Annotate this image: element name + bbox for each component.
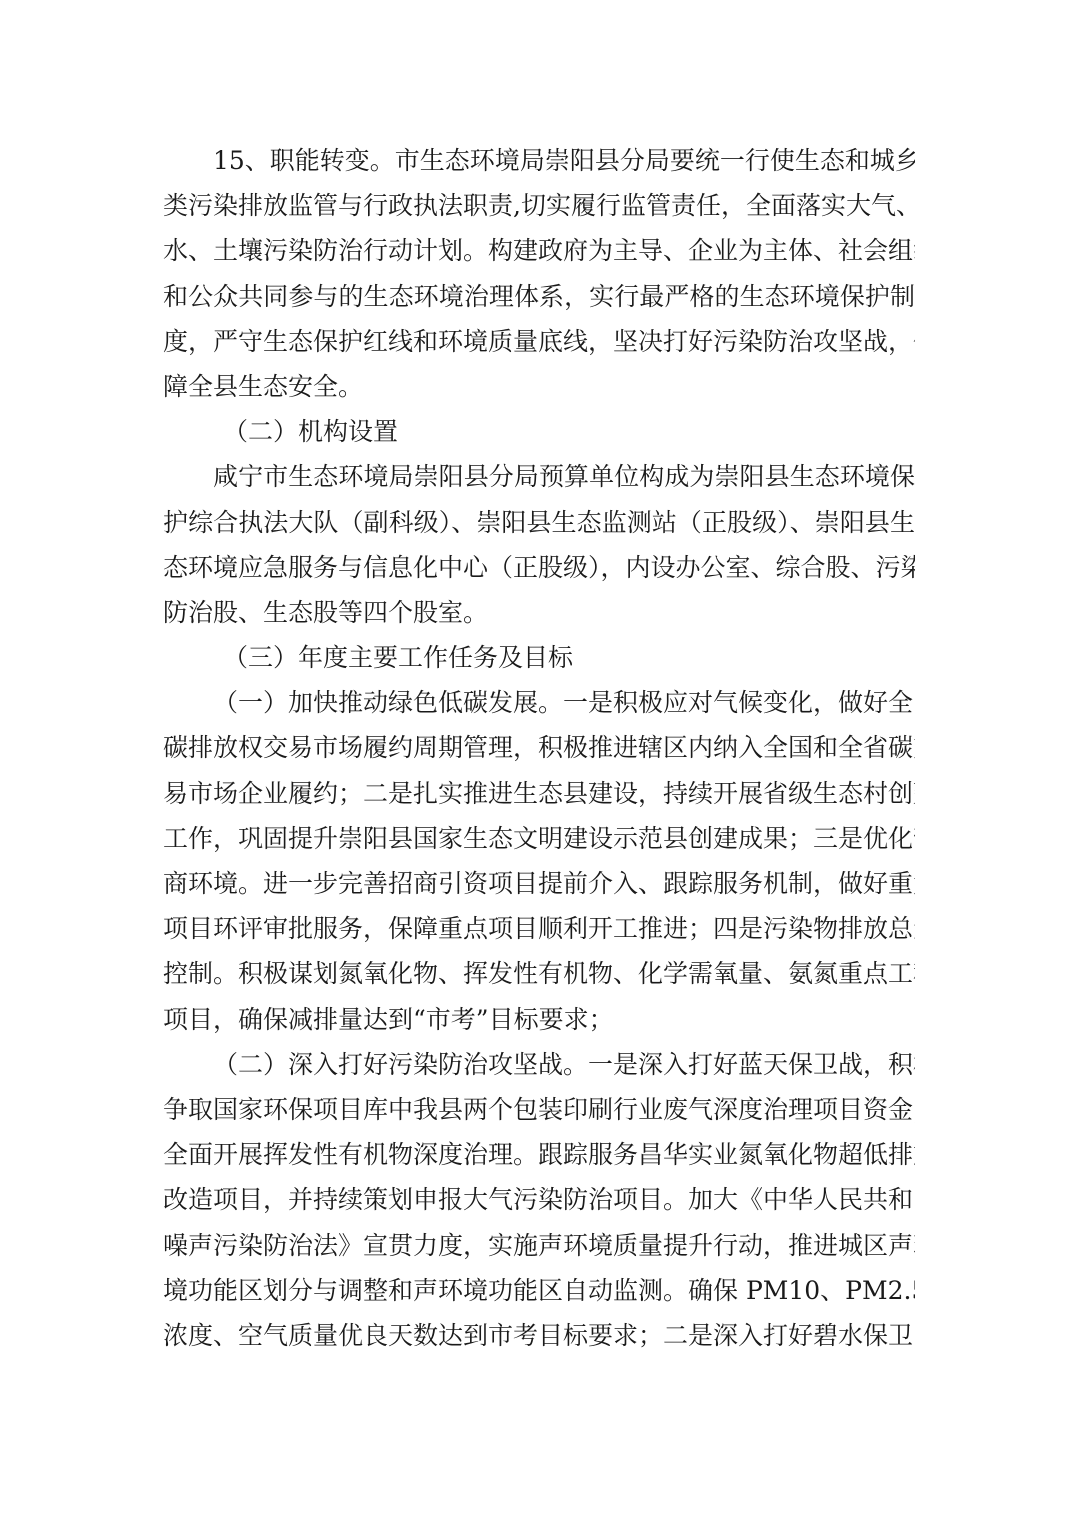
text-line: 项目，确保减排量达到“市考”目标要求； xyxy=(163,997,915,1042)
paragraph-institution-setup: 咸宁市生态环境局崇阳县分局预算单位构成为崇阳县生态环境保 护综合执法大队（副科级… xyxy=(163,454,915,635)
text-line: 易市场企业履约；二是扎实推进生态县建设，持续开展省级生态村创建 xyxy=(163,771,915,816)
text-line: 碳排放权交易市场履约周期管理，积极推进辖区内纳入全国和全省碳交 xyxy=(163,725,915,770)
paragraph-green-low-carbon: （一）加快推动绿色低碳发展。一是积极应对气候变化，做好全国 碳排放权交易市场履约… xyxy=(163,680,915,1042)
text-line: 境功能区划分与调整和声环境功能区自动监测。确保 PM10、PM2.5 平均 xyxy=(163,1268,915,1313)
text-line: 争取国家环保项目库中我县两个包装印刷行业废气深度治理项目资金， xyxy=(163,1087,915,1132)
text-line: 水、土壤污染防治行动计划。构建政府为主导、企业为主体、社会组织 xyxy=(163,228,915,273)
text-line: 15、职能转变。市生态环境局崇阳县分局要统一行使生态和城乡各 xyxy=(163,138,915,183)
document-page: 15、职能转变。市生态环境局崇阳县分局要统一行使生态和城乡各 类污染排放监管与行… xyxy=(163,138,915,1358)
text-line: 浓度、空气质量优良天数达到市考目标要求；二是深入打好碧水保卫战。 xyxy=(163,1313,915,1358)
text-line: 和公众共同参与的生态环境治理体系，实行最严格的生态环境保护制 xyxy=(163,274,915,319)
paragraph-function-transformation: 15、职能转变。市生态环境局崇阳县分局要统一行使生态和城乡各 类污染排放监管与行… xyxy=(163,138,915,409)
section-heading-annual-tasks: （三）年度主要工作任务及目标 xyxy=(163,635,915,680)
text-line: 障全县生态安全。 xyxy=(163,364,915,409)
text-line: （一）加快推动绿色低碳发展。一是积极应对气候变化，做好全国 xyxy=(163,680,915,725)
text-line: 防治股、生态股等四个股室。 xyxy=(163,590,915,635)
text-line: 咸宁市生态环境局崇阳县分局预算单位构成为崇阳县生态环境保 xyxy=(163,454,915,499)
text-line: 商环境。进一步完善招商引资项目提前介入、跟踪服务机制，做好重大 xyxy=(163,861,915,906)
text-line: 护综合执法大队（副科级）、崇阳县生态监测站（正股级）、崇阳县生 xyxy=(163,500,915,545)
text-line: 度，严守生态保护红线和环境质量底线，坚决打好污染防治攻坚战，保 xyxy=(163,319,915,364)
text-line: 全面开展挥发性有机物深度治理。跟踪服务昌华实业氮氧化物超低排放 xyxy=(163,1132,915,1177)
section-heading-institution-setup: （二）机构设置 xyxy=(163,409,915,454)
text-line: （二）深入打好污染防治攻坚战。一是深入打好蓝天保卫战，积极 xyxy=(163,1042,915,1087)
text-line: 工作，巩固提升崇阳县国家生态文明建设示范县创建成果；三是优化营 xyxy=(163,816,915,861)
text-line: 类污染排放监管与行政执法职责,切实履行监管责任，全面落实大气、 xyxy=(163,183,915,228)
text-line: 噪声污染防治法》宣贯力度，实施声环境质量提升行动，推进城区声环 xyxy=(163,1223,915,1268)
text-line: 态环境应急服务与信息化中心（正股级），内设办公室、综合股、污染 xyxy=(163,545,915,590)
paragraph-pollution-prevention: （二）深入打好污染防治攻坚战。一是深入打好蓝天保卫战，积极 争取国家环保项目库中… xyxy=(163,1042,915,1358)
text-line: 改造项目，并持续策划申报大气污染防治项目。加大《中华人民共和国 xyxy=(163,1177,915,1222)
text-line: 控制。积极谋划氮氧化物、挥发性有机物、化学需氧量、氨氮重点工程 xyxy=(163,951,915,996)
text-line: 项目环评审批服务，保障重点项目顺利开工推进；四是污染物排放总量 xyxy=(163,906,915,951)
